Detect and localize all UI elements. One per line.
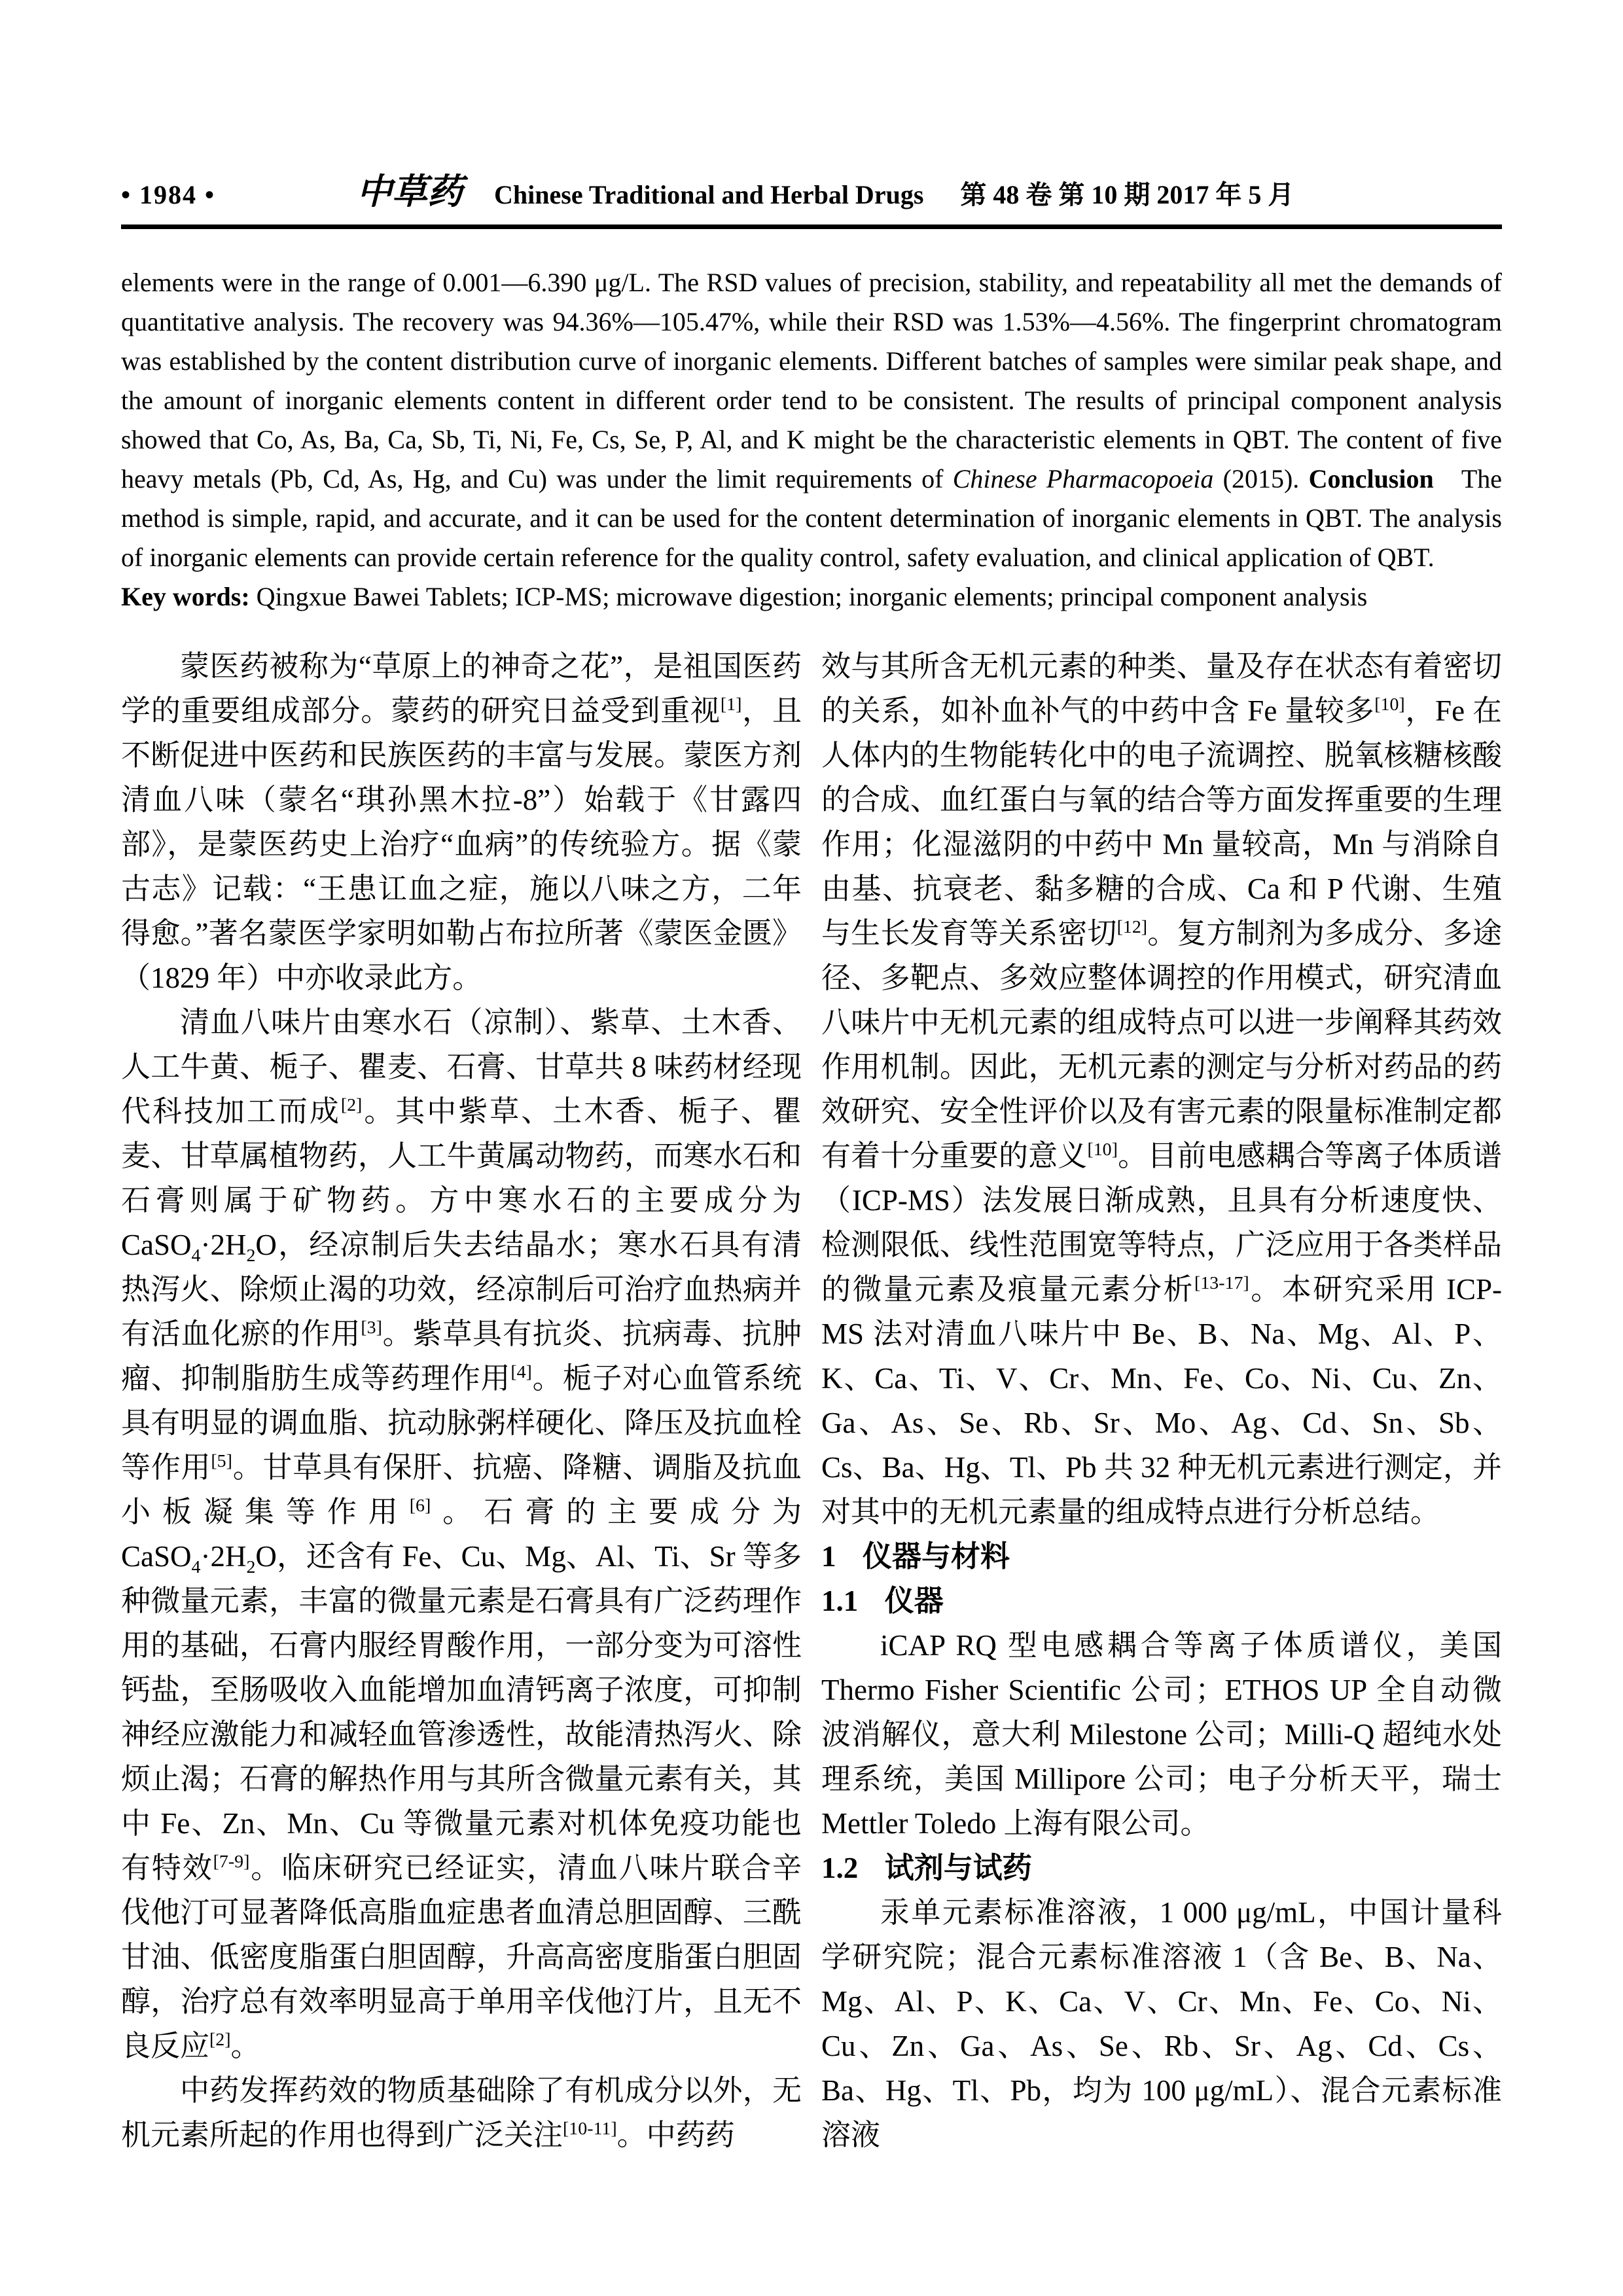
keywords-line: Key words: Qingxue Bawei Tablets; ICP-MS… [121, 577, 1502, 617]
journal-logo: 中草药 [357, 171, 463, 212]
section-title: 仪器 [885, 1584, 944, 1617]
right-column: 效与其所含无机元素的种类、量及存在状态有着密切的关系，如补血补气的中药中含 Fe… [821, 644, 1502, 2157]
paragraph-qbt-composition: 清血八味片由寒水石（凉制）、紫草、土木香、人工牛黄、栀子、瞿麦、石膏、甘草共 8… [121, 1000, 802, 2068]
left-column: 蒙医药被称为“草原上的神奇之花”，是祖国医药学的重要组成部分。蒙药的研究日益受到… [121, 644, 802, 2157]
paragraph-reagents: 汞单元素标准溶液，1 000 μg/mL，中国计量科学研究院；混合元素标准溶液 … [821, 1890, 1502, 2157]
section-heading-1-1: 1.1仪器 [821, 1579, 1502, 1623]
page-header: • 1984 • 中草药 Chinese Traditional and Her… [121, 171, 1502, 215]
journal-page: • 1984 • 中草药 Chinese Traditional and Her… [0, 0, 1623, 2296]
section-number: 1.1 [821, 1585, 858, 1617]
section-title: 试剂与试药 [885, 1851, 1032, 1884]
section-heading-1-2: 1.2试剂与试药 [821, 1846, 1502, 1890]
paragraph-instruments: iCAP RQ 型电感耦合等离子体质谱仪，美国 Thermo Fisher Sc… [821, 1623, 1502, 1846]
issue-info: 第 48 卷 第 10 期 2017 年 5 月 [960, 175, 1294, 215]
paragraph-inorganic-elements-intro: 中药发挥药效的物质基础除了有机成分以外，无机元素所起的作用也得到广泛关注[10-… [121, 2068, 802, 2157]
section-number: 1.2 [821, 1852, 858, 1884]
body-columns: 蒙医药被称为“草原上的神奇之花”，是祖国医药学的重要组成部分。蒙药的研究日益受到… [121, 644, 1502, 2157]
paragraph-elements-function-continuation: 效与其所含无机元素的种类、量及存在状态有着密切的关系，如补血补气的中药中含 Fe… [821, 644, 1502, 1534]
journal-name: Chinese Traditional and Herbal Drugs [494, 175, 923, 215]
abstract-text: elements were in the range of 0.001—6.39… [121, 263, 1502, 577]
abstract-continuation: elements were in the range of 0.001—6.39… [121, 263, 1502, 617]
keywords-label: Key words: [121, 582, 257, 611]
section-heading-1: 1仪器与材料 [821, 1534, 1502, 1579]
section-number: 1 [821, 1540, 836, 1573]
keywords-text: Qingxue Bawei Tablets; ICP-MS; microwave… [257, 582, 1368, 611]
paragraph-intro-mongolian-medicine: 蒙医药被称为“草原上的神奇之花”，是祖国医药学的重要组成部分。蒙药的研究日益受到… [121, 644, 802, 1000]
page-number: • 1984 • [121, 175, 357, 215]
section-title: 仪器与材料 [863, 1539, 1010, 1573]
header-rule [121, 224, 1502, 229]
